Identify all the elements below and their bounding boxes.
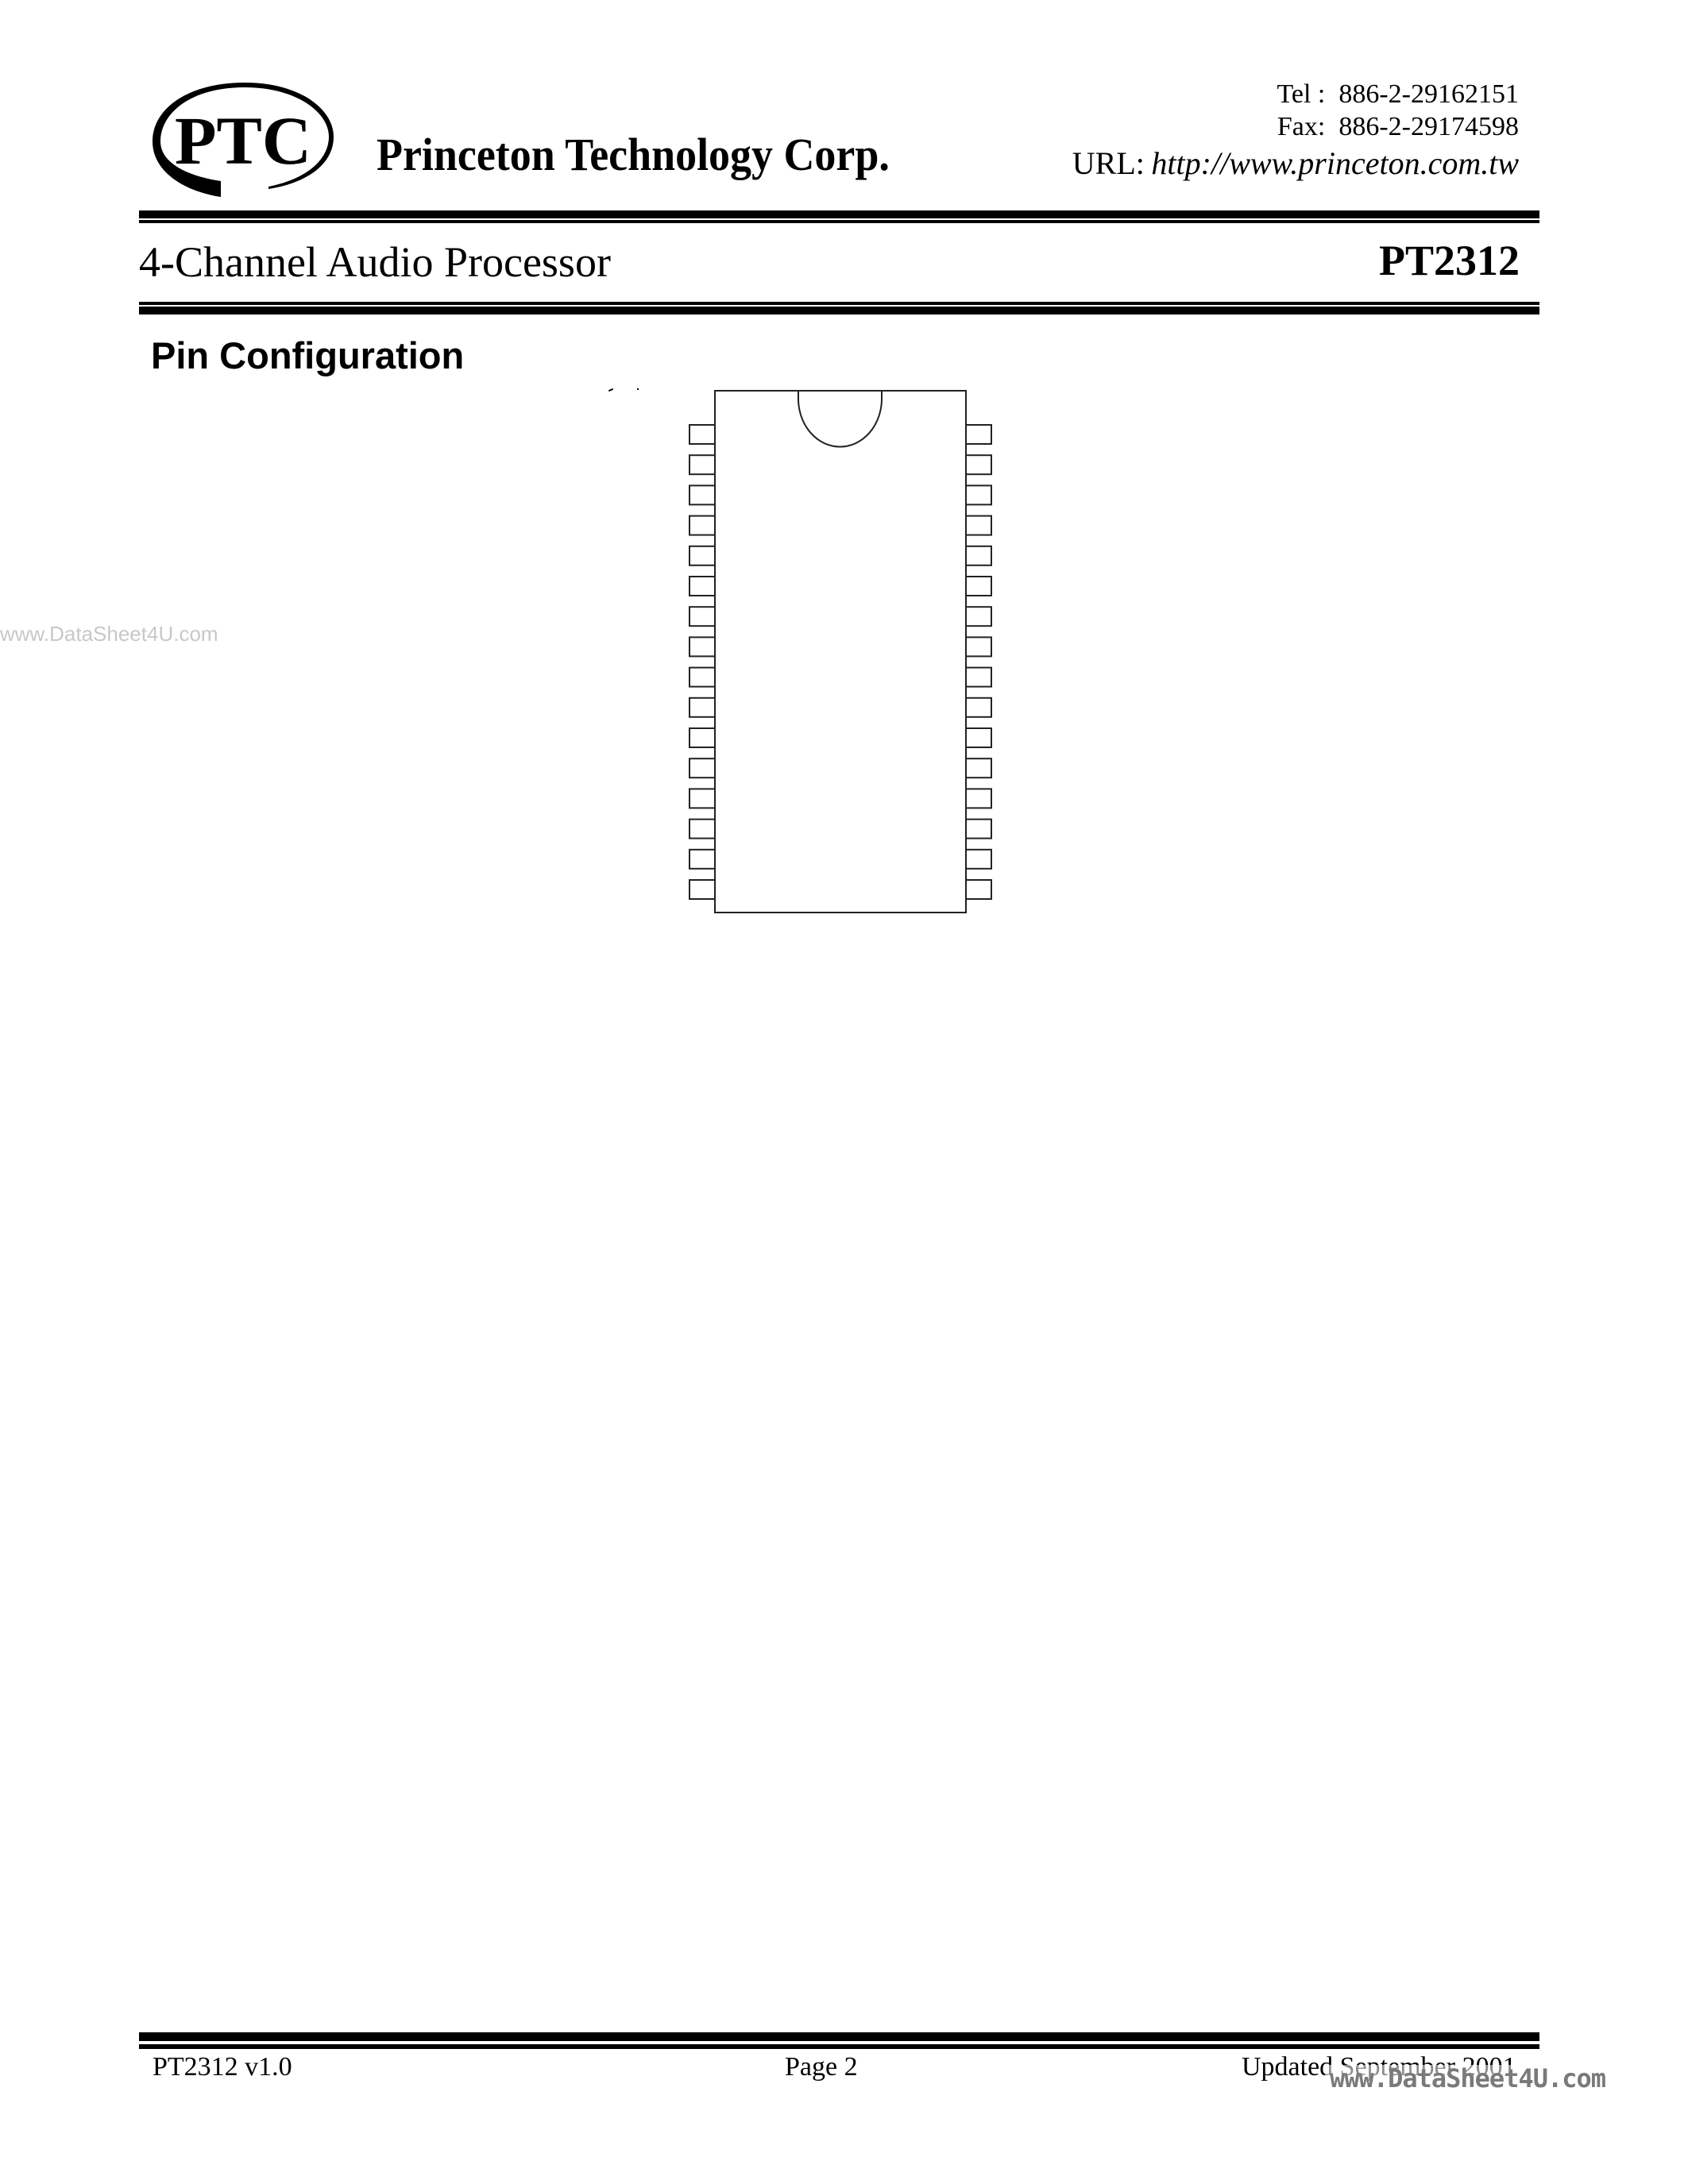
logo-emblem-icon: PTC (149, 78, 340, 199)
url-link[interactable]: http://www.princeton.com.tw (1151, 145, 1519, 181)
fax-number: 886-2-29174598 (1338, 112, 1519, 141)
pin-right-26 (966, 607, 991, 626)
pin-right-30 (966, 485, 991, 504)
part-number: PT2312 (1379, 235, 1520, 286)
svg-text:PTC: PTC (175, 102, 311, 179)
pin-right-17 (966, 880, 991, 899)
header-rule-thick (139, 210, 1539, 218)
pin-left-15 (689, 850, 715, 869)
pin-left-7 (689, 607, 715, 626)
pin-left-4 (689, 516, 715, 535)
footer-version: PT2312 v1.0 (153, 2051, 292, 2083)
url-line: URL: http://www.princeton.com.tw (1072, 145, 1519, 185)
title-rule-thin (139, 302, 1539, 305)
pin-right-23 (966, 698, 991, 717)
pin-right-19 (966, 820, 991, 839)
pin-left-11 (689, 728, 715, 747)
tel-number: 886-2-29162151 (1338, 79, 1519, 109)
pin-right-24 (966, 668, 991, 687)
document-title: 4-Channel Audio Processor (139, 237, 611, 287)
footer-watermark: www.DataSheet4U.com (1325, 2065, 1610, 2092)
pin-right-21 (966, 758, 991, 778)
dip-package-icon (683, 381, 1001, 921)
pin-right-32 (966, 425, 991, 444)
pin-right-20 (966, 789, 991, 808)
pin-left-2 (689, 455, 715, 474)
pin-diagram (683, 381, 1001, 921)
pin-left-5 (689, 546, 715, 565)
pin-left-16 (689, 880, 715, 899)
pin-right-27 (966, 577, 991, 596)
contact-info: Tel : 886-2-29162151 Fax: 886-2-29174598… (1072, 78, 1519, 185)
pin-left-14 (689, 820, 715, 839)
pin-left-10 (689, 698, 715, 717)
pin-left-13 (689, 789, 715, 808)
title-rule-thick (139, 307, 1539, 314)
tel-line: Tel : 886-2-29162151 (1072, 78, 1519, 110)
pin-left-1 (689, 425, 715, 444)
pin-right-25 (966, 637, 991, 656)
scan-artifact (637, 388, 639, 390)
pin-left-3 (689, 485, 715, 504)
scan-artifact (608, 388, 613, 392)
pin-right-29 (966, 516, 991, 535)
footer-page-number: Page 2 (785, 2051, 858, 2083)
pin-right-31 (966, 455, 991, 474)
pin-left-6 (689, 577, 715, 596)
pin-left-8 (689, 637, 715, 656)
pin-left-9 (689, 668, 715, 687)
fax-line: Fax: 886-2-29174598 (1072, 110, 1519, 143)
side-watermark: www.DataSheet4U.com (0, 622, 218, 646)
pin-right-22 (966, 728, 991, 747)
pin-right-28 (966, 546, 991, 565)
pin-right-18 (966, 850, 991, 869)
tel-label: Tel : (1277, 79, 1325, 109)
url-label: URL: (1072, 145, 1145, 181)
footer-rule-thin (139, 2044, 1539, 2049)
section-heading: Pin Configuration (151, 334, 464, 378)
company-name: Princeton Technology Corp. (377, 127, 890, 183)
pin-left-12 (689, 758, 715, 778)
footer-rule-thick (139, 2032, 1539, 2041)
ptc-logo: PTC (149, 78, 340, 199)
fax-label: Fax: (1277, 112, 1325, 141)
chip-body (715, 391, 966, 913)
header-rule-thin (139, 220, 1539, 223)
